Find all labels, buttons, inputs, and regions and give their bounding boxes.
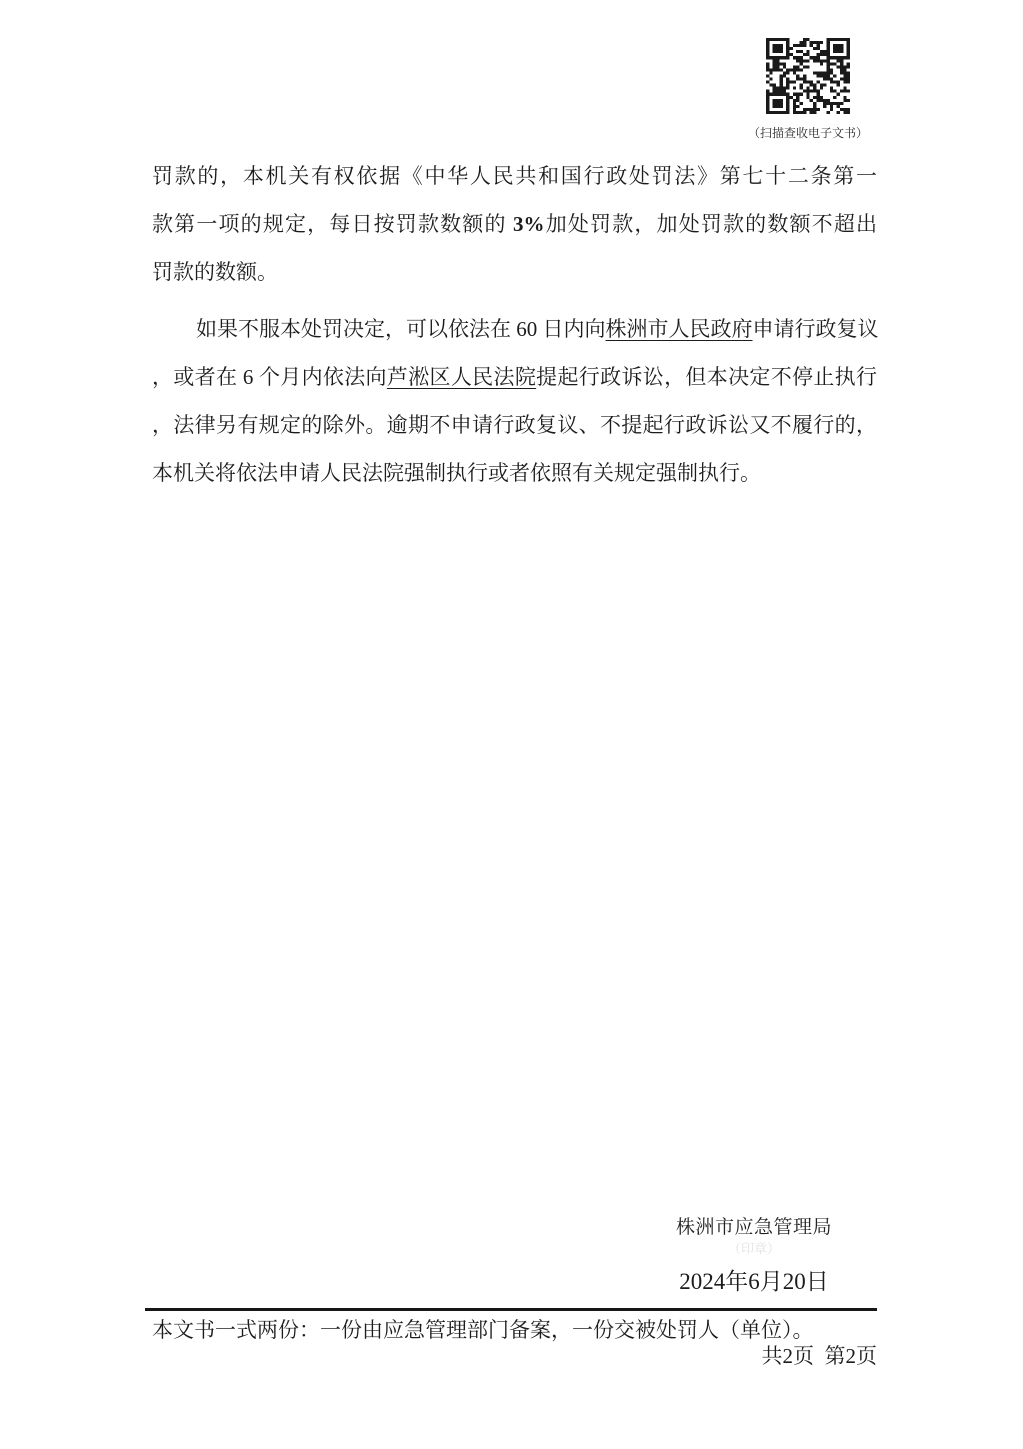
p2-line1-post: 申请行政复议 xyxy=(753,317,879,341)
text-line: 罚款的，本机关有权依据《中华人民共和国行政处罚法》第七十二条第一 xyxy=(152,152,877,200)
p1-line2-post: 加处罚款，加处罚款的数额不超出 xyxy=(545,212,877,236)
footer-divider xyxy=(145,1308,877,1311)
qr-block: （扫描查收电子文书） xyxy=(738,38,878,141)
p1-line3: 罚款的数额。 xyxy=(152,260,278,284)
review-authority-name: 株洲市人民政府 xyxy=(606,317,753,341)
p2-line2-pre: ，或者在 6 个月内依法向 xyxy=(152,365,387,389)
p2-line1-pre: 如果不服本处罚决定，可以依法在 60 日内向 xyxy=(196,317,606,341)
text-line: ，法律另有规定的除外。逾期不申请行政复议、不提起行政诉讼又不履行的， xyxy=(152,401,877,449)
text-line: ，或者在 6 个月内依法向芦淞区人民法院提起行政诉讼，但本决定不停止执行 xyxy=(152,353,877,401)
text-line: 罚款的数额。 xyxy=(152,248,877,296)
issuing-authority: 株洲市应急管理局 xyxy=(640,1212,868,1239)
text-line: 如果不服本处罚决定，可以依法在 60 日内向株洲市人民政府申请行政复议 xyxy=(152,305,877,353)
body-paragraph-1: 罚款的，本机关有权依据《中华人民共和国行政处罚法》第七十二条第一 款第一项的规定… xyxy=(152,152,877,296)
qr-code-icon xyxy=(766,38,850,114)
p2-line4: 本机关将依法申请人民法院强制执行或者依照有关规定强制执行。 xyxy=(152,461,761,485)
court-name: 芦淞区人民法院 xyxy=(387,365,536,389)
penalty-rate-value: 3% xyxy=(513,212,545,236)
body-paragraph-2: 如果不服本处罚决定，可以依法在 60 日内向株洲市人民政府申请行政复议 ，或者在… xyxy=(152,305,877,497)
document-body: 罚款的，本机关有权依据《中华人民共和国行政处罚法》第七十二条第一 款第一项的规定… xyxy=(152,152,877,497)
p2-line2-post: 提起行政诉讼，但本决定不停止执行 xyxy=(536,365,877,389)
text-line: 本机关将依法申请人民法院强制执行或者依照有关规定强制执行。 xyxy=(152,449,877,497)
page-number: 共2页 第2页 xyxy=(152,1340,877,1370)
text-line: 款第一项的规定，每日按罚款数额的 3%加处罚款，加处罚款的数额不超出 xyxy=(152,200,877,248)
document-page: （扫描查收电子文书） 罚款的，本机关有权依据《中华人民共和国行政处罚法》第七十二… xyxy=(0,0,1023,1449)
p1-line1: 罚款的，本机关有权依据《中华人民共和国行政处罚法》第七十二条第一 xyxy=(152,164,877,188)
issue-date: 2024年6月20日 xyxy=(640,1263,868,1296)
p2-line3: ，法律另有规定的除外。逾期不申请行政复议、不提起行政诉讼又不履行的， xyxy=(152,413,877,437)
seal-placeholder: （印章） xyxy=(640,1238,868,1257)
qr-caption: （扫描查收电子文书） xyxy=(738,124,878,141)
p1-line2-pre: 款第一项的规定，每日按罚款数额的 xyxy=(152,212,513,236)
